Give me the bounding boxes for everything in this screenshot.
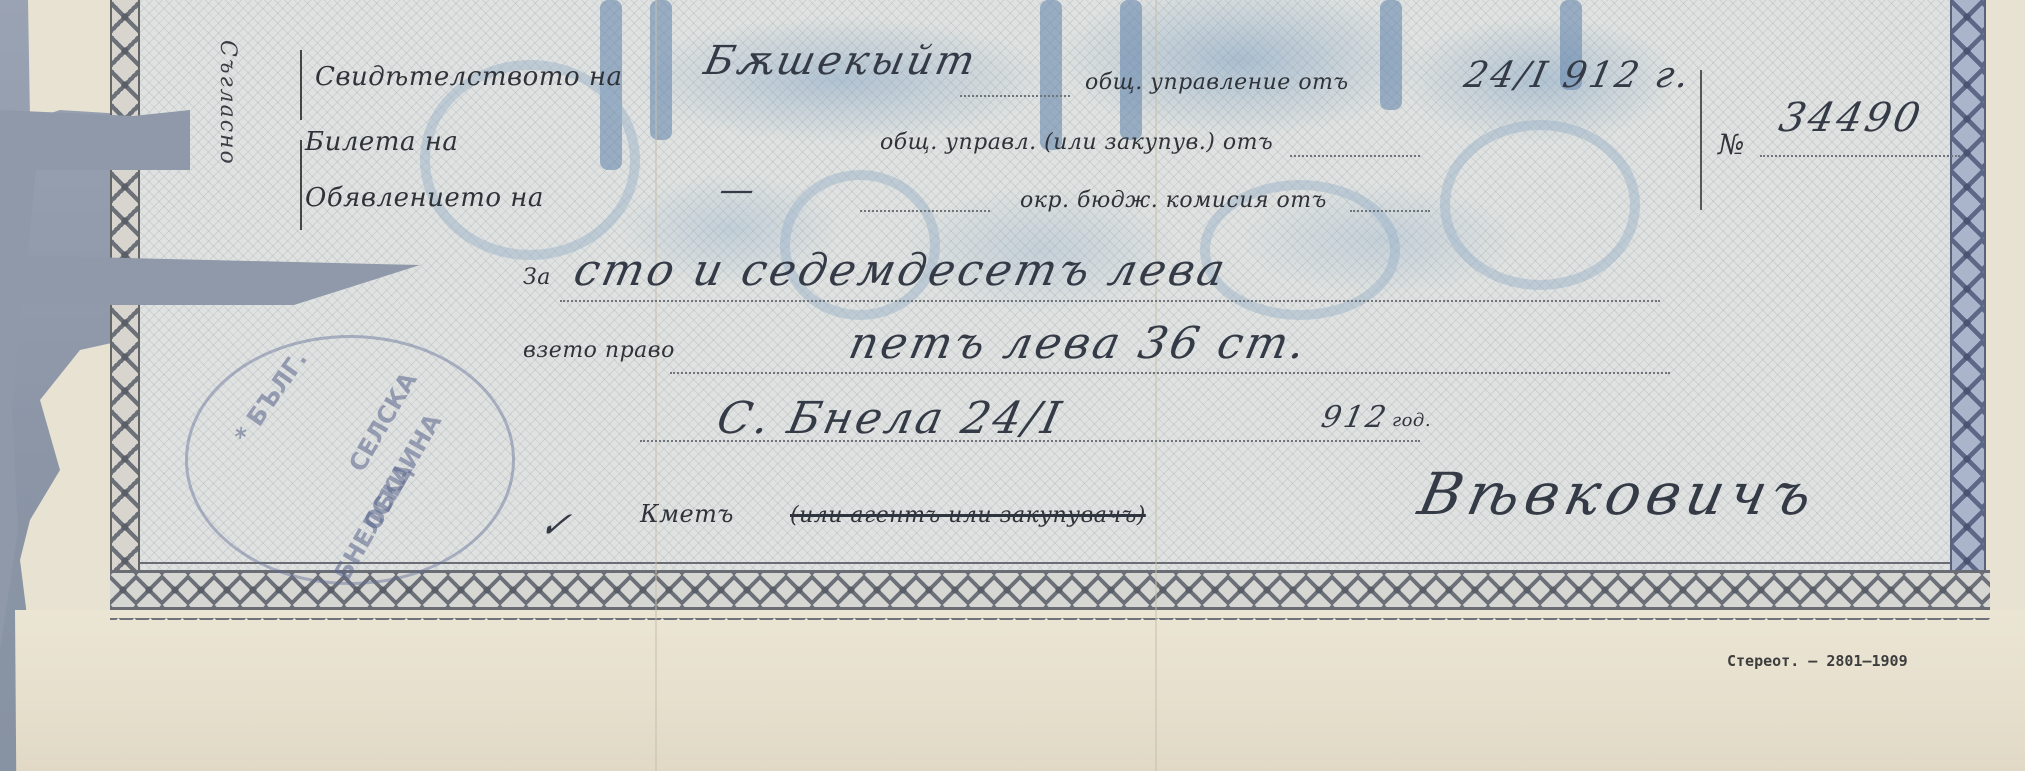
engraved-figure — [1040, 0, 1062, 150]
fill-line — [1350, 210, 1430, 212]
handwritten-municipality: Бѫшекыйт — [700, 38, 982, 84]
handwritten-year: 912 — [1318, 400, 1392, 435]
ticket-suffix-label: общ. управл. (или закупув.) отъ — [880, 130, 1273, 155]
struck-alternate-signer-label: (или агентъ или закупувачъ) — [790, 503, 1146, 528]
fill-line — [1760, 155, 1960, 157]
stamp-text: БНЕЛСКА — [329, 458, 419, 585]
mayor-signature: Вѣвковичъ — [1413, 460, 1824, 528]
mayor-label: Кметъ — [640, 500, 734, 528]
engraved-figure — [650, 0, 672, 140]
announcement-suffix-label: окр. бюдж. комисия отъ — [1020, 188, 1327, 213]
certificate-label: Свидѣтелството на — [315, 62, 623, 92]
fold-crease — [1155, 0, 1157, 771]
announcement-label: Обявлението на — [305, 183, 544, 213]
vertical-margin-label: Съгласно — [215, 40, 240, 166]
fill-line — [640, 440, 1420, 442]
serrated-edge — [110, 610, 1990, 620]
ticket-label: Билета на — [305, 127, 458, 157]
margin-rule — [300, 50, 302, 120]
fee-label: взето право — [523, 338, 675, 363]
margin-rule — [300, 140, 302, 230]
handwritten-certificate-date: 24/I 912 г. — [1461, 55, 1696, 96]
handwritten-amount: сто и седемдесетъ лева — [570, 245, 1233, 296]
fill-line — [670, 372, 1670, 374]
paper-bottom-margin — [0, 610, 2025, 771]
number-label: № — [1718, 128, 1745, 161]
fold-crease — [655, 0, 657, 771]
handwritten-place-date: С. Бнела 24/I — [713, 393, 1068, 444]
fill-line — [560, 300, 1660, 302]
municipal-stamp: * БЪЛГ. СЕЛСКА ОБЩИНА БНЕЛСКА — [185, 335, 515, 585]
scroll-ornament — [1440, 120, 1640, 290]
ornamental-border-right — [1950, 0, 1986, 600]
certificate-suffix-label: общ. управление отъ — [1085, 70, 1349, 95]
torn-gap — [0, 110, 190, 170]
amount-label: За — [523, 265, 551, 290]
number-divider — [1700, 70, 1702, 210]
handwritten-number: 34490 — [1775, 95, 1927, 141]
printer-imprint: Стереот. — 2801—1909 — [1727, 652, 1908, 670]
handwritten-fee: петъ лева 36 ст. — [845, 318, 1313, 369]
fill-line — [960, 95, 1070, 97]
year-suffix-label: год. — [1392, 410, 1431, 431]
engraved-figure — [1380, 0, 1402, 110]
fill-line — [860, 210, 990, 212]
fill-line — [1290, 155, 1420, 157]
